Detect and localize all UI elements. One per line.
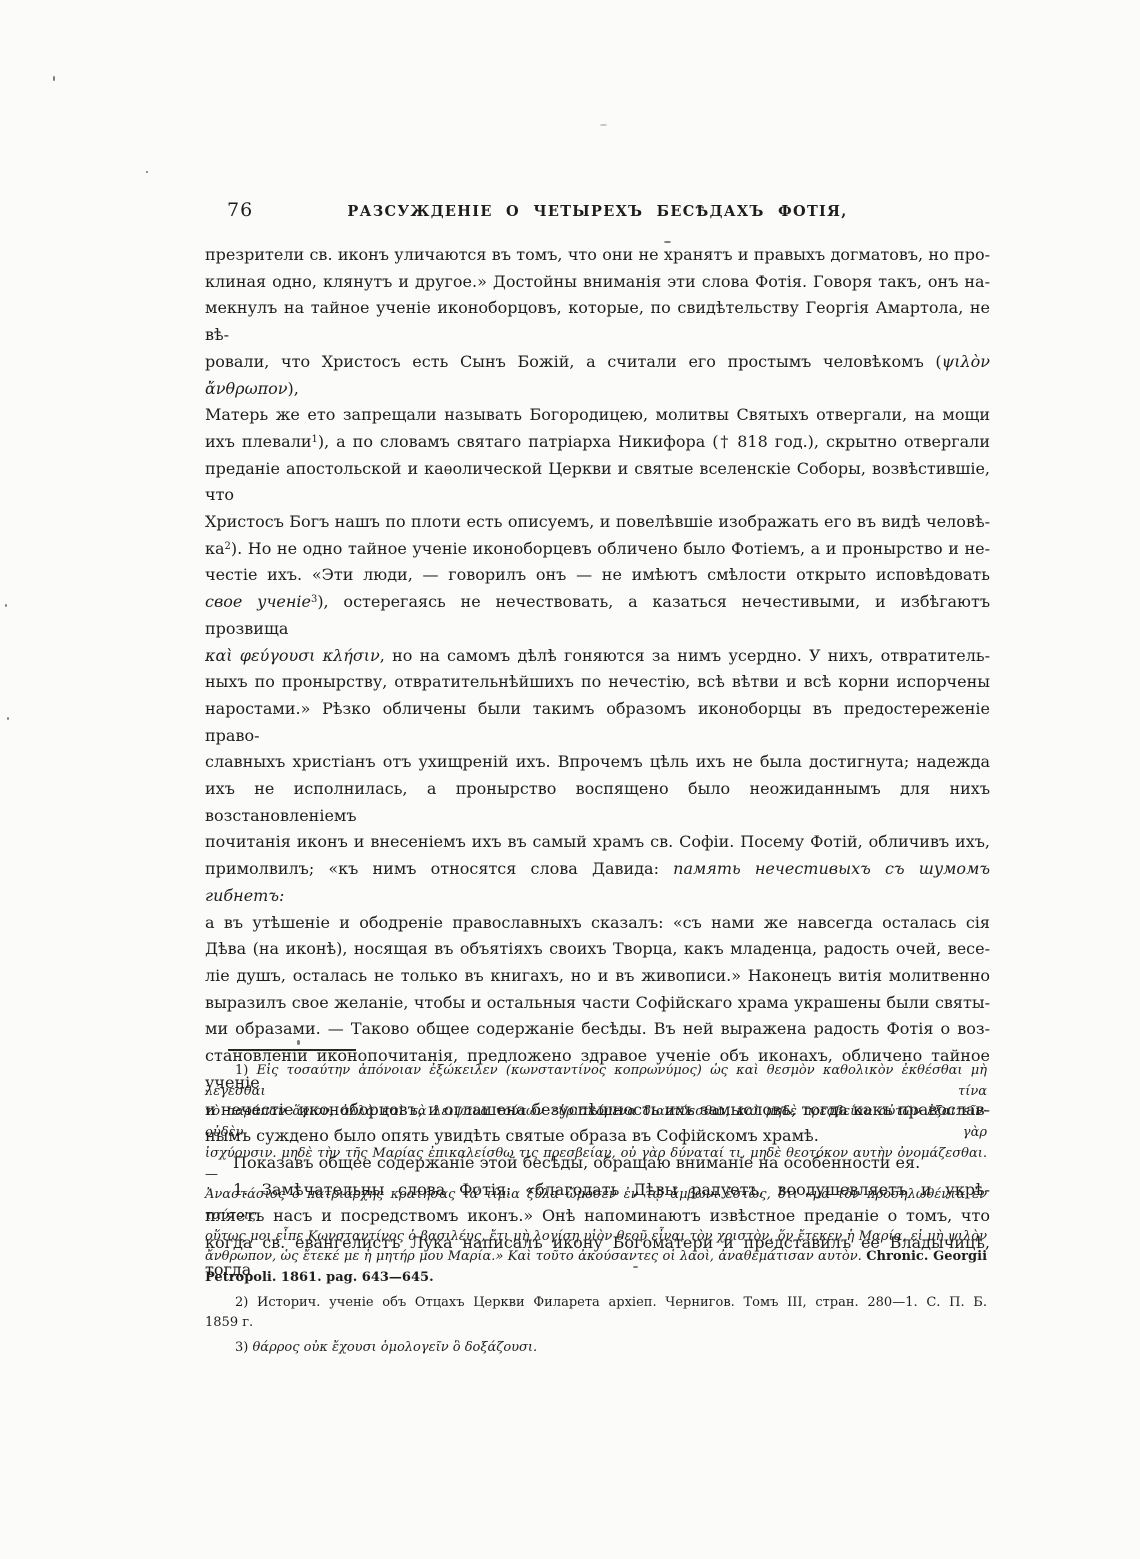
text-line: Petropoli. 1861. pag. 643—645. bbox=[205, 1268, 987, 1289]
text-line: наростами.» Рѣзко обличены были такимъ о… bbox=[205, 696, 990, 749]
text-segment: οὕτως μοι εἶπε Κωνσταντίνος ὁ βασιλέυς, … bbox=[205, 1229, 987, 1244]
text-line: мекнулъ на тайное ученіе иконоборцовъ, к… bbox=[205, 295, 990, 348]
text-line: ихъ не исполнилась, а пронырство воспяще… bbox=[205, 776, 990, 829]
scan-speck bbox=[53, 76, 55, 81]
text-segment: ныхъ по пронырству, отвратительнѣйшихъ п… bbox=[205, 672, 990, 691]
text-segment: ми образами. — Таково общее содержаніе б… bbox=[205, 1019, 990, 1038]
text-segment: а въ утѣшеніе и ободреніе православныхъ … bbox=[205, 913, 990, 932]
text-line: οὕτως μοι εἶπε Κωνσταντίνος ὁ βασιλέυς, … bbox=[205, 1227, 987, 1248]
text-line: Ἀναστάσιος ὁ πατριάρχης κρατήσας τὰ τίμι… bbox=[205, 1185, 987, 1226]
text-segment: θάρρος οὐκ ἔχουσι ὁμολογεῖν ὃ δοξάζουσι. bbox=[252, 1340, 537, 1355]
text-line: 1859 г. bbox=[205, 1313, 987, 1334]
text-line: καὶ φεύγουσι κλήσιν, но на самомъ дѣлѣ г… bbox=[205, 643, 990, 670]
scan-speck bbox=[600, 124, 607, 126]
text-segment: Матерь же ето запрещали называть Богород… bbox=[205, 405, 990, 424]
text-segment: ), а по словамъ святаго патріарха Никифо… bbox=[318, 432, 990, 451]
text-segment: свое ученіе bbox=[205, 592, 311, 611]
text-segment: выразилъ свое желаніе, чтобы и остальныя… bbox=[205, 993, 990, 1012]
text-segment: честіе ихъ. «Эти люди, — говорилъ онъ — … bbox=[205, 565, 990, 584]
text-line: презрители св. иконъ уличаются въ томъ, … bbox=[205, 242, 990, 269]
text-line: 3) θάρρος οὐκ ἔχουσι ὁμολογεῖν ὃ δοξάζου… bbox=[205, 1338, 987, 1359]
text-segment: ровали, что Христосъ есть Сынъ Божій, а … bbox=[205, 352, 942, 371]
text-line: Дѣва (на иконѣ), носящая въ объятіяхъ св… bbox=[205, 936, 990, 963]
text-line: ми образами. — Таково общее содержаніе б… bbox=[205, 1016, 990, 1043]
text-line: 1) Εἰς τοσαύτην ἀπόνοιαν ἐξώκειλεν (κωνσ… bbox=[205, 1061, 987, 1102]
text-segment: 3) bbox=[235, 1340, 252, 1355]
scan-speck bbox=[5, 604, 7, 607]
text-segment: 1) bbox=[235, 1063, 257, 1078]
text-segment: ихъ плевали bbox=[205, 432, 312, 451]
paragraph: 3) θάρρος οὐκ ἔχουσι ὁμολογεῖν ὃ δοξάζου… bbox=[205, 1338, 987, 1359]
paragraph: 1) Εἰς τοσαύτην ἀπόνοιαν ἐξώκειλεν (κωνσ… bbox=[205, 1061, 987, 1289]
text-line: а въ утѣшеніе и ободреніе православныхъ … bbox=[205, 910, 990, 937]
text-segment: ка bbox=[205, 539, 225, 558]
text-line: клиная одно, клянутъ и другое.» Достойны… bbox=[205, 269, 990, 296]
text-segment: Petropoli. 1861. pag. 643—645. bbox=[205, 1270, 434, 1285]
text-line: ка2). Но не одно тайное ученіе иконоборц… bbox=[205, 536, 990, 563]
text-segment: презрители св. иконъ уличаются въ томъ, … bbox=[205, 245, 990, 264]
text-line: выразилъ свое желаніе, чтобы и остальныя… bbox=[205, 990, 990, 1017]
paragraph: 2) Историч. ученіе объ Отцахъ Церкви Фил… bbox=[205, 1293, 987, 1334]
text-segment: καὶ φεύγουσι κλήσιν bbox=[205, 646, 380, 665]
text-line: Матерь же ето запрещали называть Богород… bbox=[205, 402, 990, 429]
text-segment: , но на самомъ дѣлѣ гоняются за нимъ усе… bbox=[380, 646, 990, 665]
text-line: ἄνθρωπον, ὡς ἔτεκέ με ἡ μητήρ μου Μαρία.… bbox=[205, 1247, 987, 1268]
text-segment: мекнулъ на тайное ученіе иконоборцовъ, к… bbox=[205, 298, 990, 344]
scanned-book-page: { "page": { "number": "76", "running_tit… bbox=[0, 0, 1140, 1559]
text-segment: наростами.» Рѣзко обличены были такимъ о… bbox=[205, 699, 990, 745]
text-segment: τὸ παράπαν ἅγιον, ἀλλὰ καὶ τὰ λειψανα το… bbox=[205, 1104, 987, 1140]
text-segment: ліе душъ, осталась не только въ книгахъ,… bbox=[205, 966, 990, 985]
text-segment: Εἰς τοσαύτην ἀπόνοιαν ἐξώκειλεν (κωνσταν… bbox=[205, 1063, 987, 1099]
text-segment: Ἀναστάσιος ὁ πατριάρχης κρατήσας τὰ τίμι… bbox=[205, 1187, 987, 1223]
text-segment: 2) Историч. ученіе объ Отцахъ Церкви Фил… bbox=[235, 1295, 987, 1310]
text-segment: ἰσχύουσιν. μηδὲ τὴν τῆς Μαρίας ἐπικαλείσ… bbox=[205, 1146, 987, 1182]
text-segment: Chronic. Georgii bbox=[866, 1249, 987, 1264]
text-line: славныхъ христіанъ отъ ухищреній ихъ. Вп… bbox=[205, 749, 990, 776]
text-segment: преданіе апостольской и каѳолической Цер… bbox=[205, 459, 990, 505]
scan-speck bbox=[664, 241, 671, 243]
scan-speck bbox=[297, 1040, 300, 1045]
text-line: преданіе апостольской и каѳолической Цер… bbox=[205, 456, 990, 509]
text-segment: ), bbox=[288, 379, 299, 398]
scan-speck bbox=[146, 171, 148, 173]
footnotes-block: 1) Εἰς τοσαύτην ἀπόνοιαν ἐξώκειλεν (κωνσ… bbox=[205, 1061, 987, 1363]
text-line: Христосъ Богъ нашъ по плоти есть описуем… bbox=[205, 509, 990, 536]
text-segment: Дѣва (на иконѣ), носящая въ объятіяхъ св… bbox=[205, 939, 990, 958]
text-line: почитанія иконъ и внесеніемъ ихъ въ самы… bbox=[205, 829, 990, 856]
text-line: ихъ плевали1), а по словамъ святаго патр… bbox=[205, 429, 990, 456]
text-segment: ἄνθρωπον, ὡς ἔτεκέ με ἡ μητήρ μου Μαρία.… bbox=[205, 1249, 866, 1264]
paragraph: презрители св. иконъ уличаются въ томъ, … bbox=[205, 242, 990, 1150]
text-segment: ). Но не одно тайное ученіе иконоборцевъ… bbox=[231, 539, 990, 558]
text-segment: примолвилъ; «къ нимъ относятся слова Дав… bbox=[205, 859, 673, 878]
text-line: ныхъ по пронырству, отвратительнѣйшихъ п… bbox=[205, 669, 990, 696]
text-segment: клиная одно, клянутъ и другое.» Достойны… bbox=[205, 272, 990, 291]
scan-speck bbox=[478, 1186, 480, 1191]
text-segment: ихъ не исполнилась, а пронырство воспяще… bbox=[205, 779, 990, 825]
text-line: ἰσχύουσιν. μηδὲ τὴν τῆς Μαρίας ἐπικαλείσ… bbox=[205, 1144, 987, 1185]
text-segment: ), остерегаясь не нечествовать, а казать… bbox=[205, 592, 990, 638]
text-segment: 1859 г. bbox=[205, 1315, 253, 1330]
text-segment: славныхъ христіанъ отъ ухищреній ихъ. Вп… bbox=[205, 752, 990, 771]
text-segment: почитанія иконъ и внесеніемъ ихъ въ самы… bbox=[205, 832, 990, 851]
text-line: свое ученіе3), остерегаясь не нечествова… bbox=[205, 589, 990, 642]
text-line: τὸ παράπαν ἅγιον, ἀλλὰ καὶ τὰ λειψανα το… bbox=[205, 1102, 987, 1143]
text-segment: Христосъ Богъ нашъ по плоти есть описуем… bbox=[205, 512, 990, 531]
text-line: ліе душъ, осталась не только въ книгахъ,… bbox=[205, 963, 990, 990]
scan-speck bbox=[7, 717, 9, 720]
scan-speck bbox=[633, 1266, 638, 1268]
text-line: честіе ихъ. «Эти люди, — говорилъ онъ — … bbox=[205, 562, 990, 589]
text-line: ровали, что Христосъ есть Сынъ Божій, а … bbox=[205, 349, 990, 402]
footnote-separator-rule bbox=[228, 1049, 356, 1051]
text-line: примолвилъ; «къ нимъ относятся слова Дав… bbox=[205, 856, 990, 909]
text-line: 2) Историч. ученіе объ Отцахъ Церкви Фил… bbox=[205, 1293, 987, 1314]
running-header-title: РАЗСУЖДЕНІЕ О ЧЕТЫРЕХЪ БЕСѢДАХЪ ФОТІЯ, bbox=[205, 203, 990, 220]
